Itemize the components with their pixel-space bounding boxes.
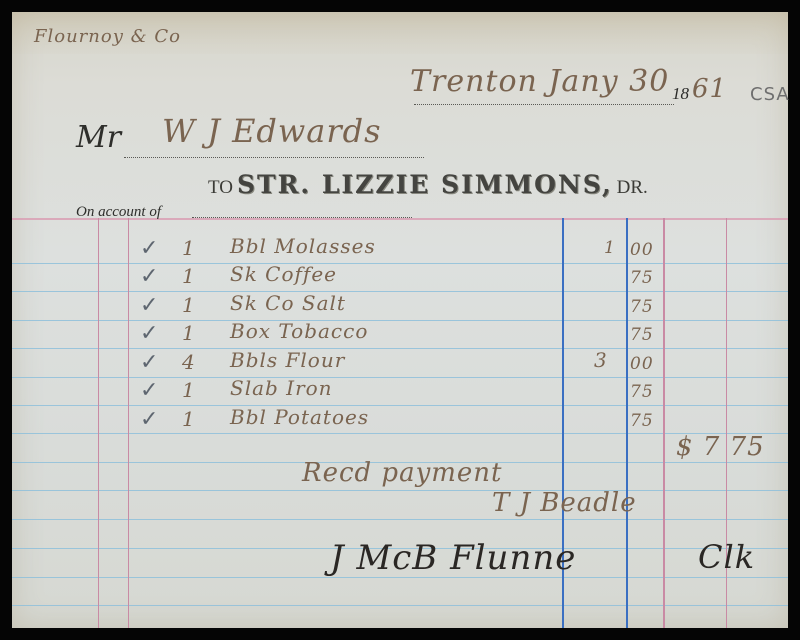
item-quantity: 1 [182, 321, 196, 345]
item-description: Bbl Molasses [230, 234, 376, 258]
cents-column-line [626, 218, 628, 628]
check-mark: ✓ [140, 350, 158, 375]
check-mark: ✓ [140, 407, 158, 432]
printed-year-prefix: 18 [672, 84, 689, 104]
receipt-note: Recd payment [302, 458, 503, 488]
check-mark: ✓ [140, 264, 158, 289]
margin-line-right [128, 218, 129, 628]
signature-clerk: J McB Flunne [330, 538, 576, 578]
item-quantity: 1 [182, 378, 196, 402]
signature-payee: T J Beadle [492, 488, 637, 518]
item-description: Box Tobacco [230, 319, 368, 343]
item-quantity: 1 [182, 236, 196, 260]
on-account-of-label: On account of [76, 204, 161, 221]
item-dollars: 3 [594, 348, 608, 372]
item-description: Sk Coffee [230, 262, 337, 286]
total-column-line-left [663, 218, 665, 628]
vessel-name: STR. LIZZIE SIMMONS, [237, 170, 613, 199]
item-description: Bbl Potatoes [230, 405, 369, 429]
header-to: TO [208, 177, 233, 198]
item-quantity: 1 [182, 293, 196, 317]
item-cents: 75 [630, 382, 654, 402]
margin-line-left [98, 218, 99, 628]
clerk-title: Clk [698, 538, 755, 576]
corner-note: Flournoy & Co [34, 26, 181, 47]
vessel-header: TO STR. LIZZIE SIMMONS, DR. [208, 170, 648, 199]
item-cents: 75 [630, 268, 654, 288]
invoice-paper: Flournoy & Co Trenton Jany 30 18 61 CSA … [12, 12, 788, 628]
item-dollars: 1 [604, 238, 616, 258]
item-quantity: 1 [182, 407, 196, 431]
check-mark: ✓ [140, 321, 158, 346]
item-description: Slab Iron [230, 376, 333, 400]
item-cents: 75 [630, 297, 654, 317]
item-quantity: 4 [182, 350, 196, 374]
pencil-note: CSA [750, 84, 790, 105]
handwritten-year: 61 [692, 74, 727, 104]
salutation-printed: Mr [76, 120, 121, 155]
item-cents: 00 [630, 240, 654, 260]
on-account-of-line [192, 217, 412, 218]
item-quantity: 1 [182, 264, 196, 288]
place-date: Trenton Jany 30 [410, 64, 669, 99]
item-description: Bbls Flour [230, 348, 345, 372]
item-description: Sk Co Salt [230, 291, 346, 315]
item-cents: 75 [630, 411, 654, 431]
date-line [414, 104, 674, 105]
header-dr: DR. [617, 177, 648, 198]
item-cents: 00 [630, 354, 654, 374]
invoice-total: $ 7 75 [676, 432, 765, 462]
check-mark: ✓ [140, 293, 158, 318]
check-mark: ✓ [140, 236, 158, 261]
recipient-line [124, 157, 424, 158]
check-mark: ✓ [140, 378, 158, 403]
item-cents: 75 [630, 325, 654, 345]
recipient-name: W J Edwards [162, 112, 382, 150]
